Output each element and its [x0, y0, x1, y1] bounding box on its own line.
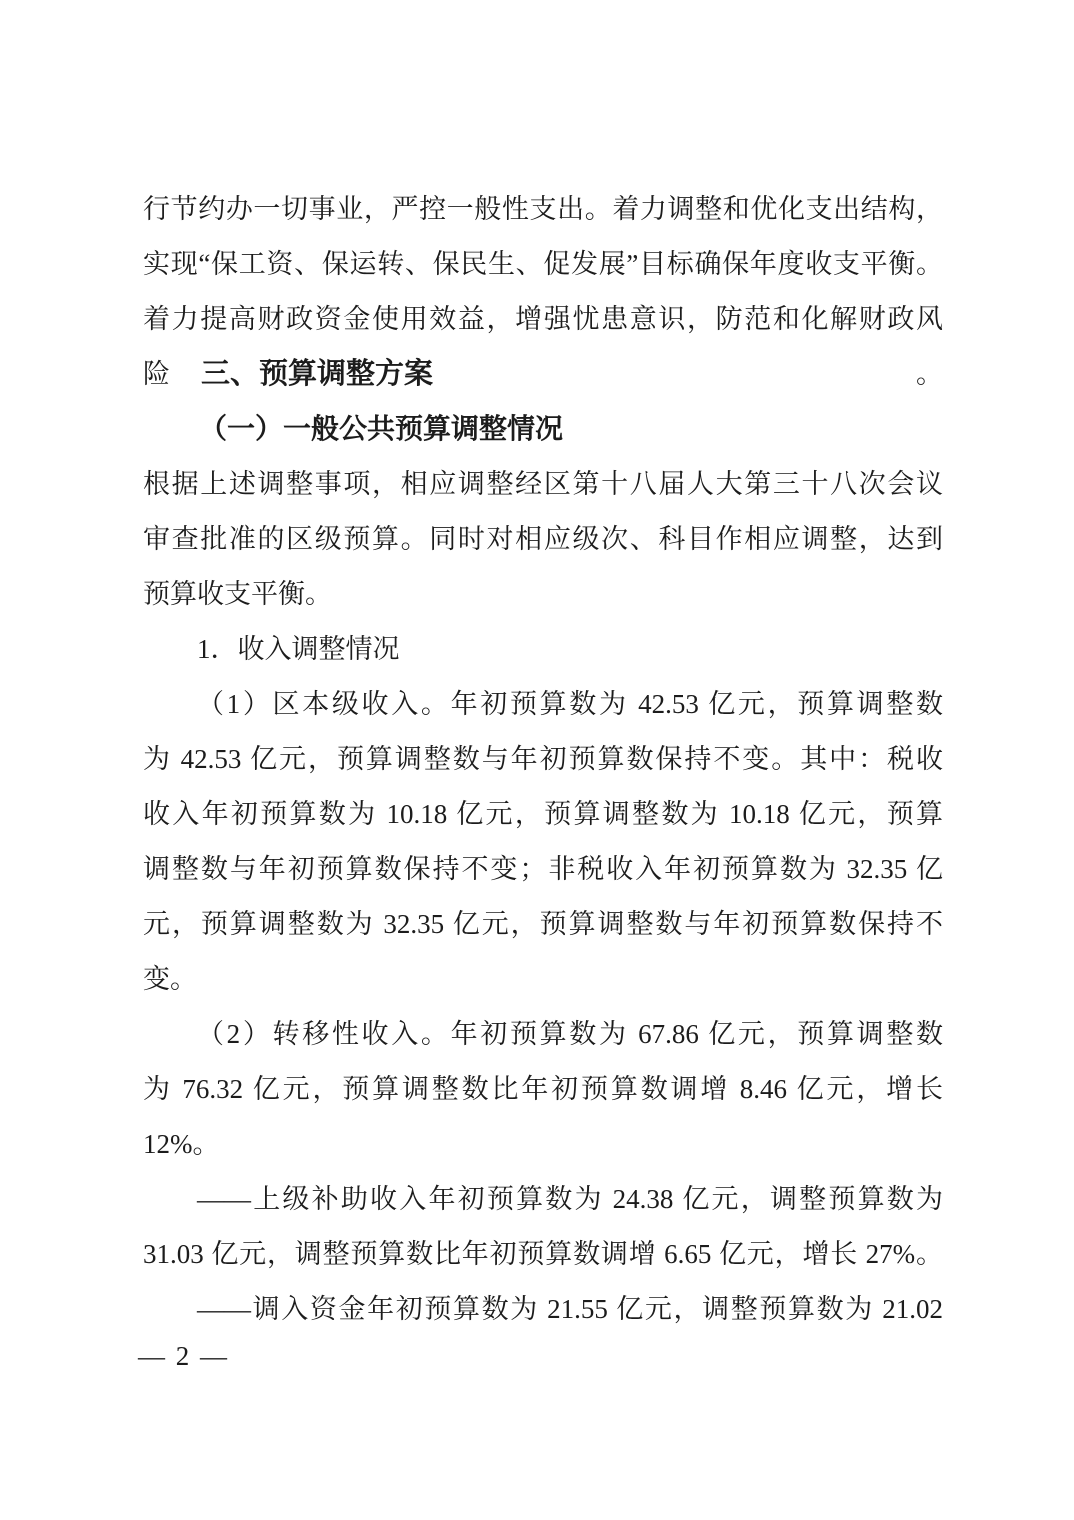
body-line: 审查批准的区级预算。同时对相应级次、科目作相应调整，达到	[143, 512, 943, 567]
body-line: 31.03 亿元，调整预算数比年初预算数调增 6.65 亿元，增长 27%。	[143, 1227, 943, 1282]
body-line: 调整数与年初预算数保持不变；非税收入年初预算数为 32.35 亿	[143, 842, 943, 897]
body-line: 行节约办一切事业，严控一般性支出。着力调整和优化支出结构，	[143, 182, 943, 237]
body-line: 实现“保工资、保运转、保民生、促发展”目标确保年度收支平衡。	[143, 237, 943, 292]
body-line: 着力提高财政资金使用效益，增强忧患意识，防范和化解财政风险。	[143, 292, 943, 347]
document-page: 行节约办一切事业，严控一般性支出。着力调整和优化支出结构， 实现“保工资、保运转…	[0, 0, 1074, 1520]
body-line: ——上级补助收入年初预算数为 24.38 亿元，调整预算数为	[143, 1172, 943, 1227]
body-line: 为 42.53 亿元，预算调整数与年初预算数保持不变。其中：税收	[143, 732, 943, 787]
body-line: ——调入资金年初预算数为 21.55 亿元，调整预算数为 21.02	[143, 1282, 943, 1337]
body-line: 12%。	[143, 1117, 943, 1172]
body-line: 预算收支平衡。	[143, 567, 943, 622]
body-line: 根据上述调整事项，相应调整经区第十八届人大第三十八次会议	[143, 457, 943, 512]
body-line: 为 76.32 亿元，预算调整数比年初预算数调增 8.46 亿元，增长	[143, 1062, 943, 1117]
body-line: 元，预算调整数为 32.35 亿元，预算调整数与年初预算数保持不	[143, 897, 943, 952]
document-body: 行节约办一切事业，严控一般性支出。着力调整和优化支出结构， 实现“保工资、保运转…	[143, 182, 943, 1337]
body-line: 收入年初预算数为 10.18 亿元，预算调整数为 10.18 亿元，预算	[143, 787, 943, 842]
body-line: （1）区本级收入。年初预算数为 42.53 亿元，预算调整数	[143, 677, 943, 732]
body-line: （2）转移性收入。年初预算数为 67.86 亿元，预算调整数	[143, 1007, 943, 1062]
numbered-heading: 1．收入调整情况	[143, 622, 943, 677]
body-line: 变。	[143, 952, 943, 1007]
subsection-heading: （一）一般公共预算调整情况	[143, 402, 943, 457]
page-number: — 2 —	[138, 1340, 229, 1372]
